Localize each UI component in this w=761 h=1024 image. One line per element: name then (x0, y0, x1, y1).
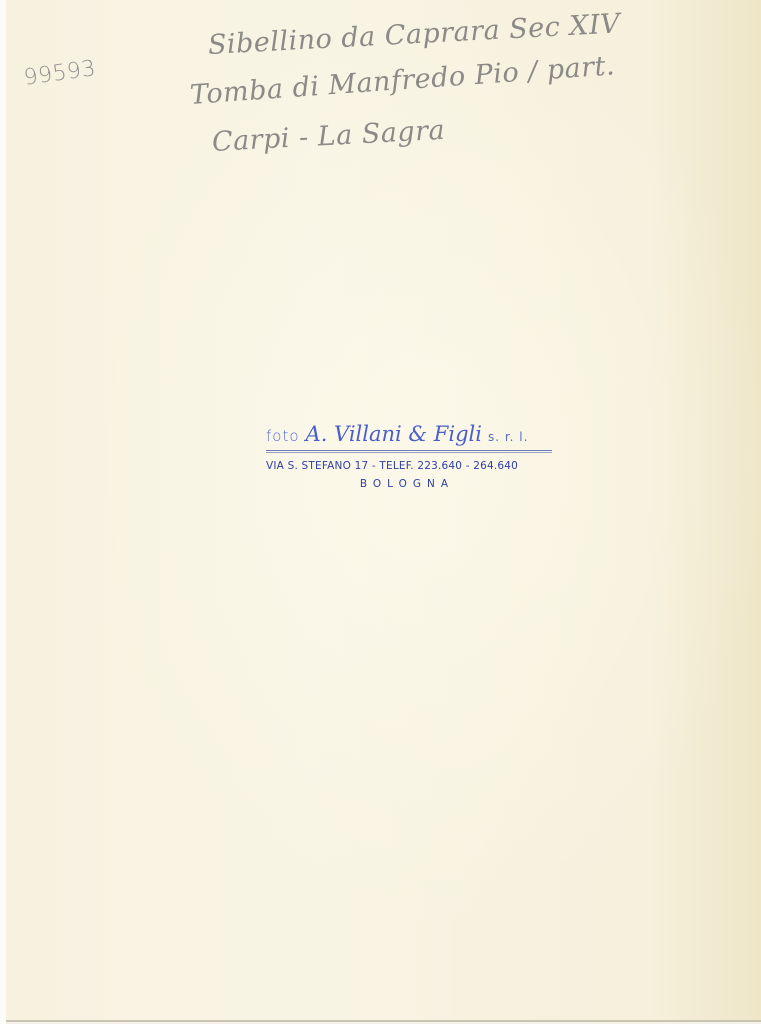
photo-back-sheet (6, 0, 761, 1022)
stamp-company-suffix: s. r. l. (488, 430, 529, 444)
stamp-divider (266, 450, 552, 453)
stamp-city: BOLOGNA (262, 478, 562, 490)
stamp-prefix: foto (266, 427, 300, 445)
stamp-studio-name: A. Villani & Figli (306, 422, 482, 446)
stamp-address: VIA S. STEFANO 17 - TELEF. 223.640 - 264… (262, 460, 562, 472)
stamp-header: foto A. Villani & Figli s. r. l. (262, 422, 562, 446)
photographer-stamp: foto A. Villani & Figli s. r. l. VIA S. … (262, 422, 562, 490)
